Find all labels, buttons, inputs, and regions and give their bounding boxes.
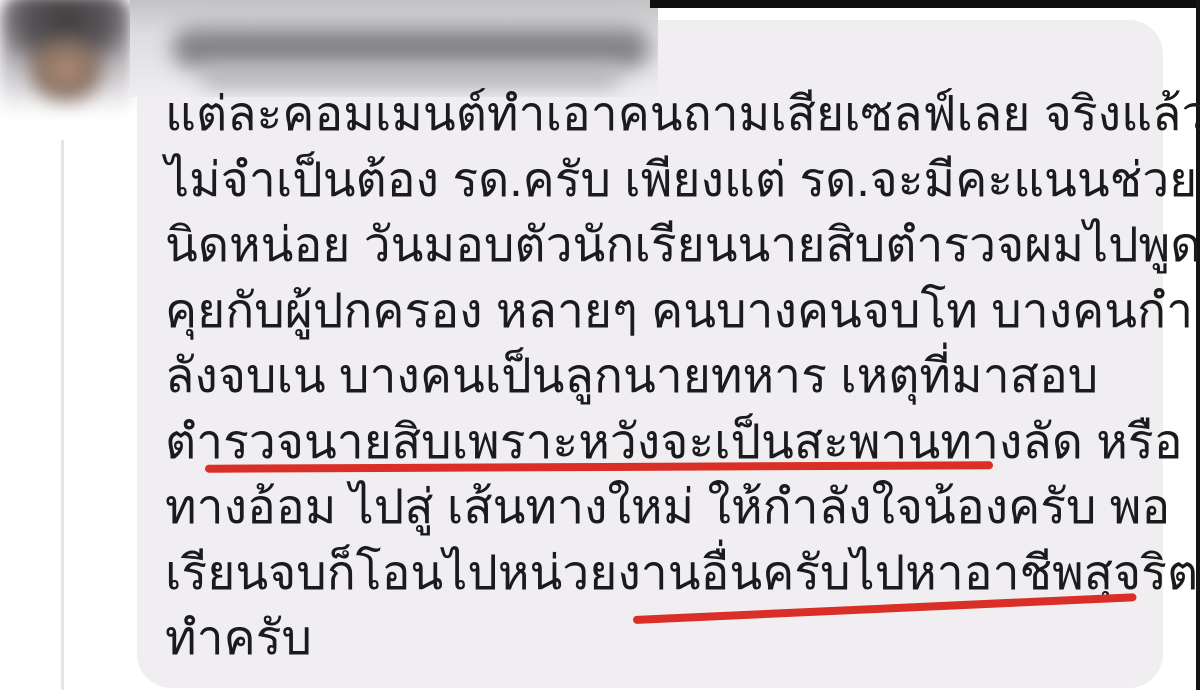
comment-text-line: ลังจบเน บางคนเป็นลูกนายทหาร เหตุที่มาสอบ <box>165 344 1165 410</box>
comment-text-line: คุยกับผู้ปกครอง หลายๆ คนบางคนจบโท บางคนก… <box>165 279 1165 345</box>
comment-thread-line <box>61 140 64 690</box>
comment-text: แต่ละคอมเมนต์ทำเอาคนถามเสียเซลฟ์เลย จริง… <box>165 82 1165 672</box>
comment-text-line: ทางอ้อม ไปสู่ เส้นทางใหม่ ให้กำลังใจน้อง… <box>165 475 1165 541</box>
comment-text-line: ไม่จำเป็นต้อง รด.ครับ เพียงแต่ รด.จะมีคะ… <box>165 148 1165 214</box>
redacted-name-smudge <box>172 28 650 68</box>
comment-text-line: แต่ละคอมเมนต์ทำเอาคนถามเสียเซลฟ์เลย จริง… <box>165 82 1165 148</box>
screenshot-top-edge-bar <box>650 0 1200 8</box>
comment-text-line: นิดหน่อย วันมอบตัวนักเรียนนายสิบตำรวจผมไ… <box>165 213 1165 279</box>
comment-text-line: เรียนจบก็โอนไปหน่วยงานอื่นครับไปหาอาชีพส… <box>165 541 1165 607</box>
avatar[interactable] <box>0 0 132 116</box>
